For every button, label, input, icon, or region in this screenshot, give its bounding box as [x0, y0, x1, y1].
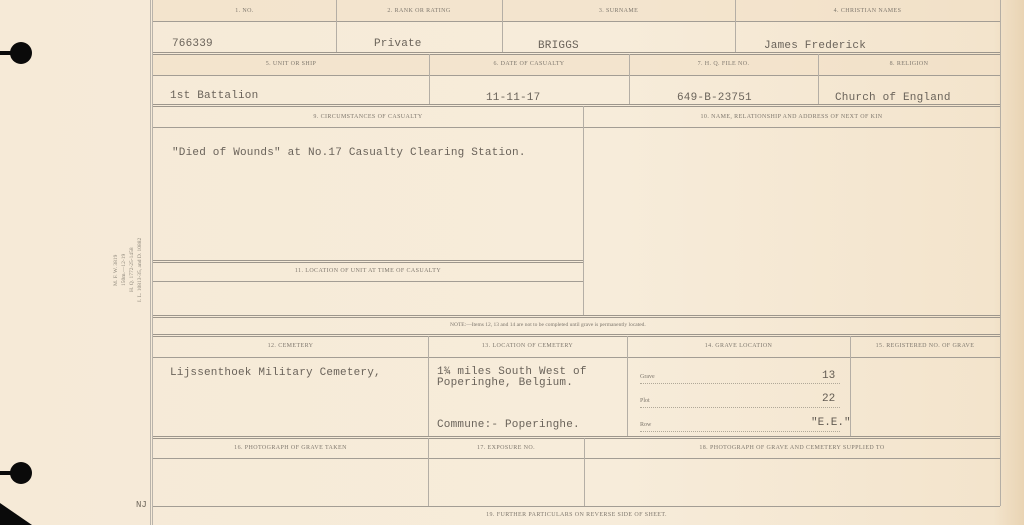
value-circumstances: "Died of Wounds" at No.17 Casualty Clear… — [172, 147, 526, 159]
value-no: 766339 — [172, 38, 213, 50]
column-rule — [1000, 0, 1001, 506]
label-registered-no: 15. Registered No. of Grave — [850, 343, 1000, 349]
label-circumstances: 9. Circumstances of Casualty — [153, 114, 583, 120]
value-rank: Private — [374, 38, 422, 50]
printer-imprint: M. F. W. 3819 150m.—12-19 H. Q. 1772-25-… — [112, 232, 146, 308]
rule — [153, 52, 1000, 55]
rule — [153, 104, 1000, 107]
rule — [153, 436, 1000, 439]
value-religion: Church of England — [835, 92, 951, 104]
label-location-of-unit: 11. Location of Unit at Time of Casualty — [153, 268, 583, 274]
value-christian-names: James Frederick — [764, 40, 866, 52]
value-plot: 22 — [822, 393, 835, 405]
value-hq-file-no: 649-B-23751 — [677, 92, 752, 104]
rule — [153, 281, 583, 282]
value-commune: Commune:- Poperinghe. — [437, 419, 580, 431]
rule — [153, 21, 1000, 22]
rule — [153, 506, 1000, 507]
record-card: M. F. W. 3819 150m.—12-19 H. Q. 1772-25-… — [0, 0, 1024, 525]
value-grave: 13 — [822, 370, 835, 382]
label-grave-location: 14. Grave Location — [627, 343, 850, 349]
label-cemetery: 12. Cemetery — [153, 343, 428, 349]
rule — [153, 315, 1000, 318]
label-unit: 5. Unit or Ship — [153, 61, 429, 67]
label-date-of-casualty: 6. Date of Casualty — [429, 61, 629, 67]
label-christian-names: 4. Christian Names — [735, 8, 1000, 14]
label-religion: 8. Religion — [818, 61, 1000, 67]
label-further-particulars: 19. Further Particulars on Reverse Side … — [153, 512, 1000, 518]
label-surname: 3. Surname — [502, 8, 735, 14]
label-photo-taken: 16. Photograph of Grave Taken — [153, 445, 428, 451]
value-date-of-casualty: 11-11-17 — [486, 92, 540, 104]
punch-hole-top — [10, 42, 32, 64]
value-cemetery: Lijssenthoek Military Cemetery, — [170, 367, 381, 379]
rule — [153, 75, 1000, 76]
value-unit: 1st Battalion — [170, 90, 258, 102]
column-rule — [428, 336, 429, 436]
rule — [153, 260, 583, 263]
column-rule — [627, 336, 628, 436]
note-items-12-14: NOTE:—Items 12, 13 and 14 are not to be … — [450, 322, 646, 328]
label-location-of-cemetery: 13. Location of Cemetery — [428, 343, 627, 349]
grave-line: Grave — [640, 374, 840, 384]
rule — [153, 458, 1000, 459]
clerk-initials: NJ — [136, 500, 147, 510]
value-surname: BRIGGS — [538, 40, 579, 52]
rule — [153, 357, 1000, 358]
value-row: "E.E." — [811, 417, 851, 429]
label-rank: 2. Rank or Rating — [336, 8, 502, 14]
row-line: Row — [640, 422, 840, 432]
label-exposure-no: 17. Exposure No. — [428, 445, 584, 451]
label-next-of-kin: 10. Name, Relationship and Address of Ne… — [583, 114, 1000, 120]
value-cemetery-location-line2: Poperinghe, Belgium. — [437, 377, 573, 389]
plot-line: Plot — [640, 398, 840, 408]
label-hq-file-no: 7. H. Q. File No. — [629, 61, 818, 67]
column-rule — [583, 106, 584, 315]
label-photo-supplied: 18. Photograph of Grave and Cemetery Sup… — [584, 445, 1000, 451]
punch-hole-bottom — [10, 462, 32, 484]
label-no: 1. No. — [153, 8, 336, 14]
rule — [153, 334, 1000, 337]
card-corner — [0, 503, 32, 525]
rule — [153, 127, 1000, 128]
